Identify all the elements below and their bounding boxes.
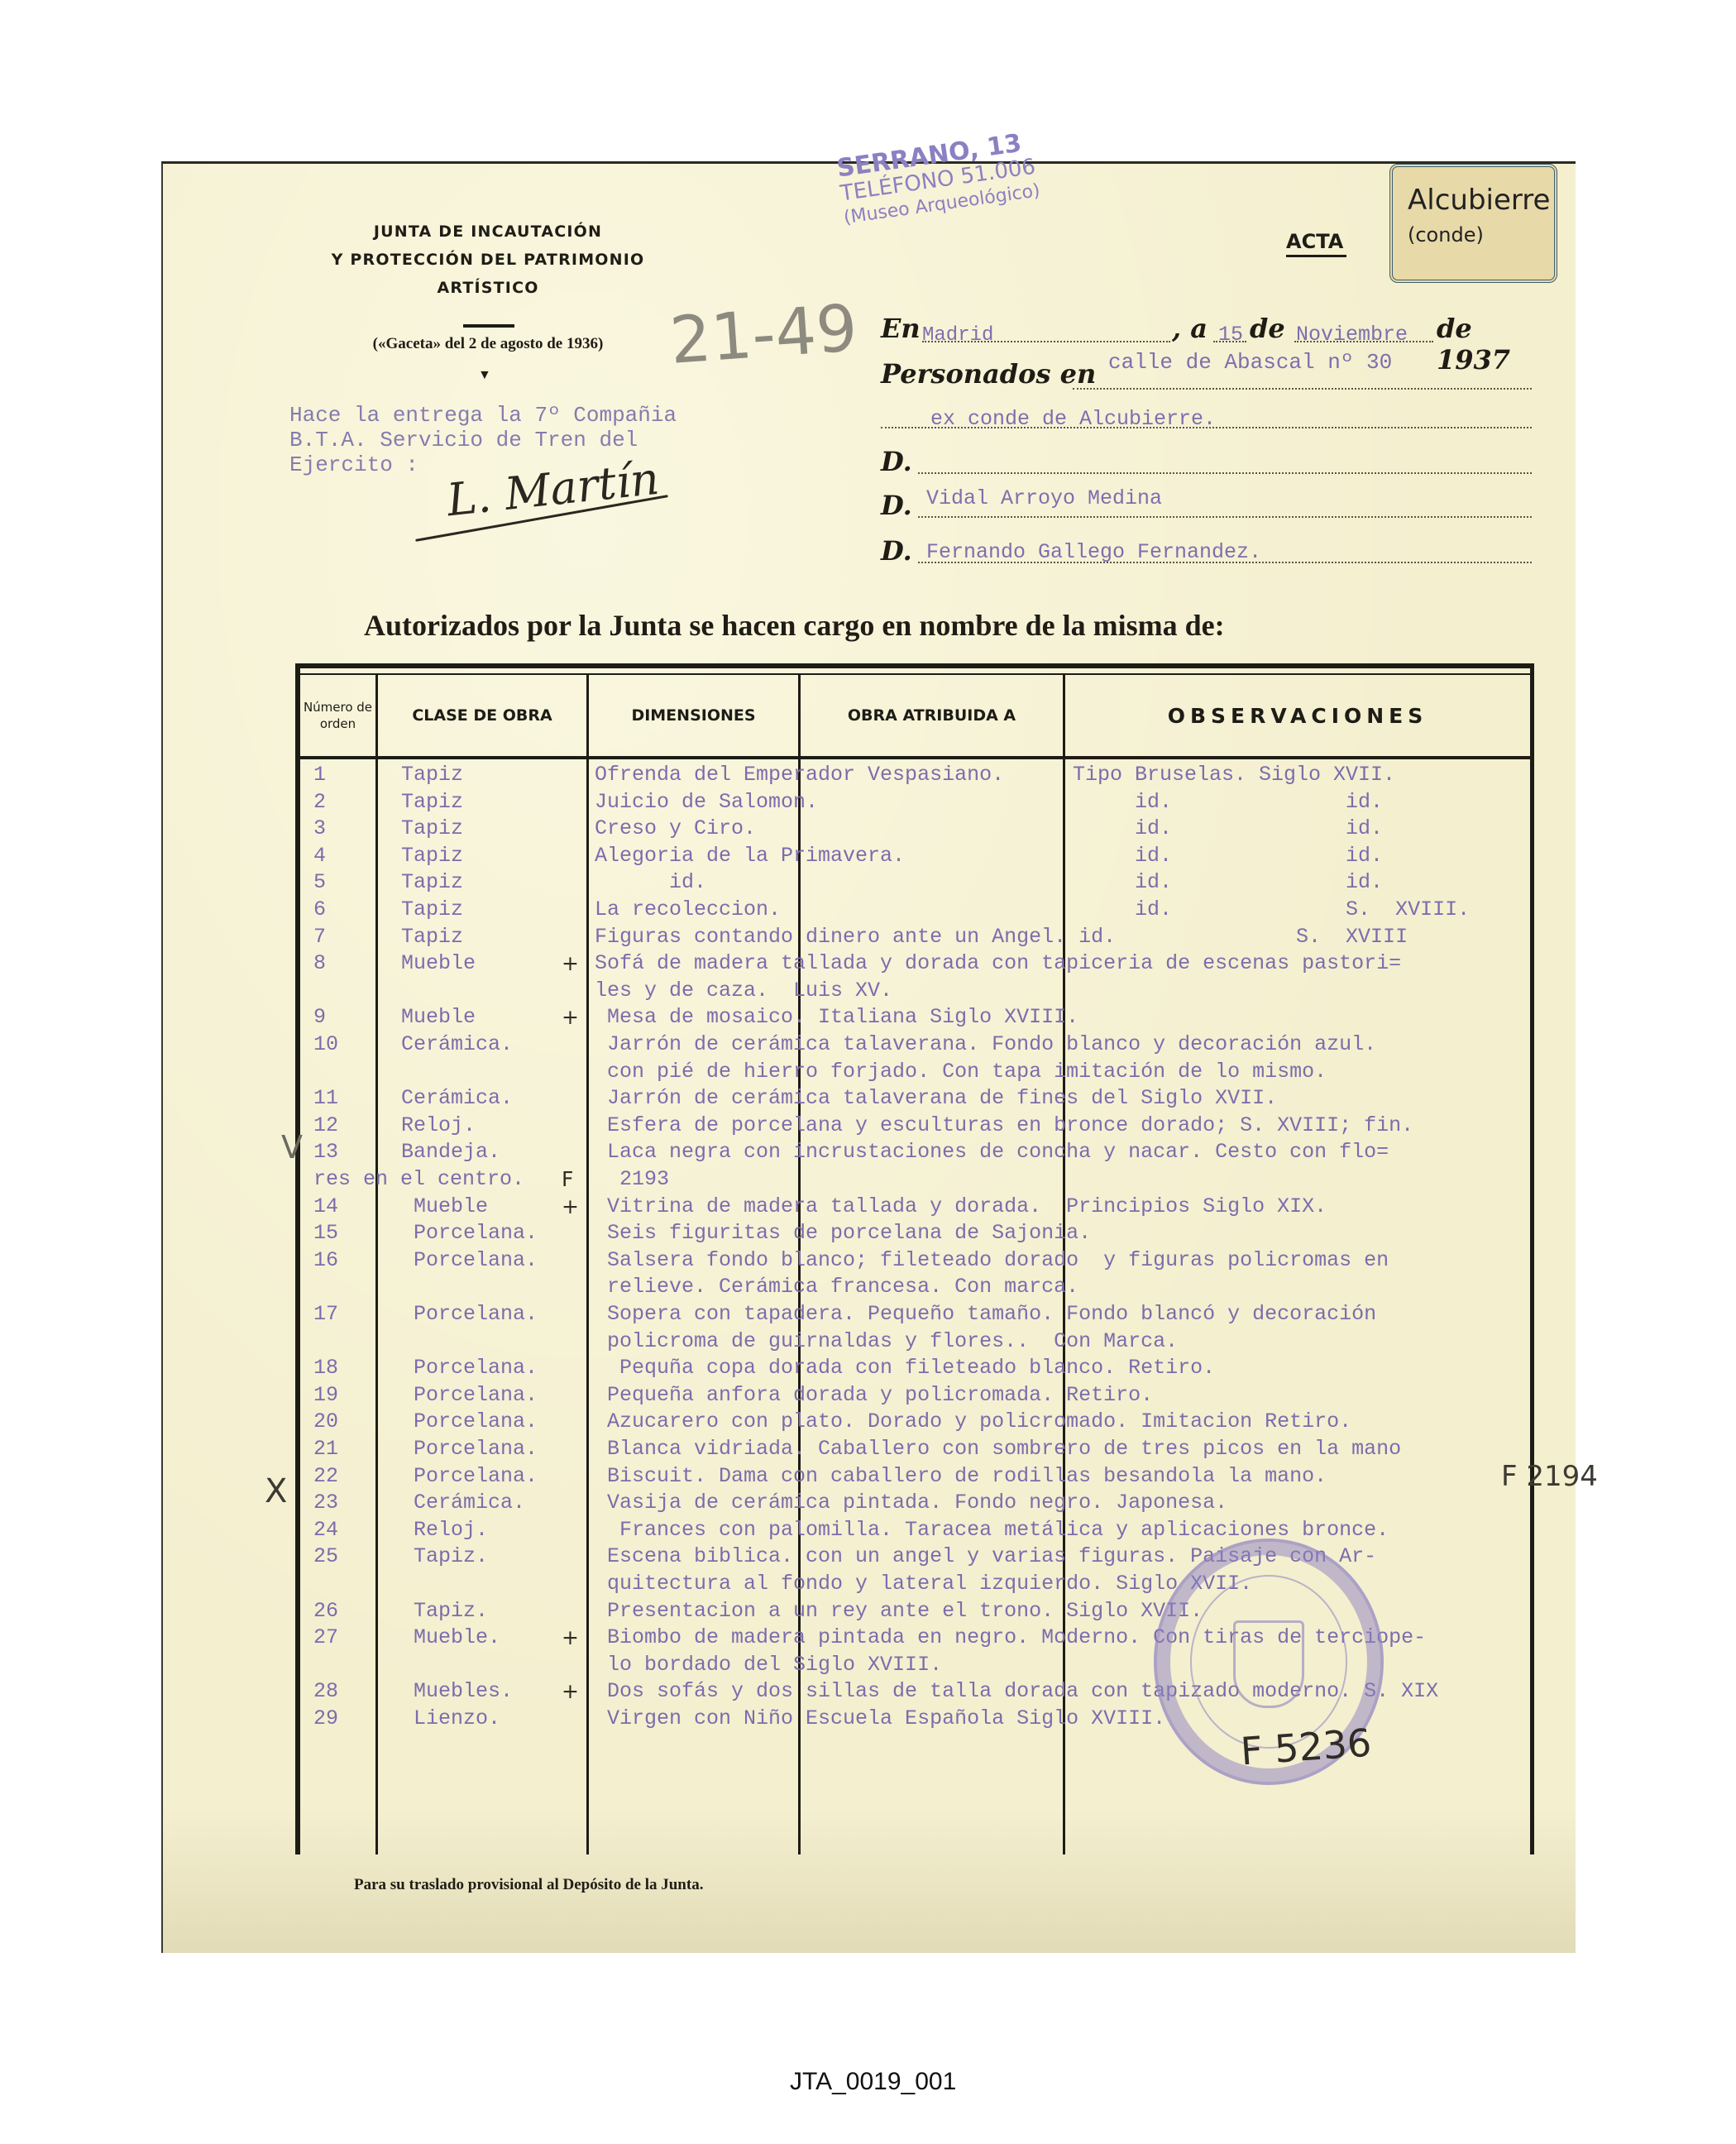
cell-number: 2: [313, 790, 326, 814]
cell-clase: Porcelana.: [401, 1409, 538, 1433]
cell-clase: Tapiz: [401, 790, 463, 814]
header-numero: Número de orden: [300, 675, 375, 756]
cell-clase: Bandeja.: [401, 1140, 500, 1164]
table-row: 14 Mueble+ Vitrina de madera tallada y d…: [295, 1194, 1534, 1221]
person-3-value: Fernando Gallego Fernandez.: [926, 540, 1261, 564]
acta-label: ACTA: [1286, 230, 1346, 257]
cell-mark: +: [562, 1194, 579, 1218]
cell-observaciones: id. id.: [1073, 844, 1383, 868]
cell-mark: +: [562, 1625, 579, 1649]
table-row: relieve. Cerámica francesa. Con marca.: [295, 1275, 1534, 1301]
d-label: D.: [881, 490, 912, 521]
gazette-reference: («Gaceta» del 2 de agosto de 1936): [323, 335, 653, 353]
cell-number: 13: [313, 1140, 338, 1164]
table-row: les y de caza. Luis XV.: [295, 979, 1534, 1005]
address-value: calle de Abascal nº 30: [1108, 350, 1392, 375]
cell-description: La recoleccion.: [595, 897, 781, 921]
table-row: 22 Porcelana. Biscuit. Dama con caballer…: [295, 1464, 1534, 1491]
cell-number: 4: [313, 844, 326, 868]
table-row: 4TapizAlegoria de la Primavera. id. id.: [295, 844, 1534, 870]
cell-description: Salsera fondo blanco; fileteado dorado y…: [595, 1248, 1389, 1272]
table-row: 24 Reloj. Frances con palomilla. Taracea…: [295, 1518, 1534, 1544]
cell-description: id.: [595, 870, 706, 894]
cell-clase: Porcelana.: [401, 1248, 538, 1272]
header-rule: [300, 756, 1530, 759]
cell-observaciones: id. id.: [1073, 790, 1383, 814]
cell-clase: Tapiz: [401, 897, 463, 921]
seal-handwritten-note: F 5236: [1239, 1720, 1373, 1774]
cell-description: les y de caza. Luis XV.: [595, 979, 892, 1003]
a-label: , a: [1172, 313, 1208, 344]
person-line-3: D. Fernando Gallego Fernandez.: [881, 532, 1534, 565]
person-line-2: D. Vidal Arroyo Medina: [881, 486, 1534, 519]
table-row: 9Mueble+ Mesa de mosaico. Italiana Siglo…: [295, 1005, 1534, 1031]
table-row: 7TapizFiguras contando dinero ante un An…: [295, 925, 1534, 951]
cell-number: 22: [313, 1464, 338, 1488]
table-row: 21 Porcelana. Blanca vidriada. Caballero…: [295, 1437, 1534, 1463]
cell-clase: Reloj.: [401, 1518, 488, 1542]
cell-clase: Tapiz: [401, 870, 463, 894]
owner-label-tag: Alcubierre (conde): [1389, 164, 1557, 283]
cell-description: lo bordado del Siglo XVIII.: [595, 1653, 942, 1677]
org-letterhead: JUNTA DE INCAUTACIÓN Y PROTECCIÓN DEL PA…: [273, 218, 703, 302]
cell-description: Vitrina de madera tallada y dorada. Prin…: [595, 1194, 1327, 1218]
cell-number: 20: [313, 1409, 338, 1433]
cell-description: Biscuit. Dama con caballero de rodillas …: [595, 1464, 1327, 1488]
cell-clase: Reloj.: [401, 1113, 476, 1137]
cell-description: Alegoria de la Primavera.: [595, 844, 905, 868]
coat-of-arms-icon: [1233, 1620, 1304, 1708]
cell-number: 28: [313, 1679, 338, 1703]
table-row: 23 Cerámica. Vasija de cerámica pintada.…: [295, 1491, 1534, 1517]
person-line-1: D.: [881, 443, 1534, 476]
cell-clase: Mueble.: [401, 1625, 500, 1649]
cell-clase: Tapiz.: [401, 1599, 488, 1623]
table-row: 13Bandeja. Laca negra con incrustaciones…: [295, 1140, 1534, 1166]
address-line: Personados en calle de Abascal nº 30: [881, 350, 1534, 391]
cell-description: Juicio de Salomon.: [595, 790, 818, 814]
cell-number: 24: [313, 1518, 338, 1542]
cell-number: 6: [313, 897, 326, 921]
cell-observaciones: id. S. XVIII.: [1073, 897, 1470, 921]
cell-description: quitectura al fondo y lateral izquierdo.…: [595, 1572, 1252, 1596]
ornament-icon: ▼: [478, 368, 491, 383]
cell-observaciones: id. id.: [1073, 816, 1383, 840]
de-label: de: [1250, 313, 1285, 344]
cell-description: Vasija de cerámica pintada. Fondo negro.…: [595, 1491, 1227, 1515]
cell-description: Ofrenda del Emperador Vespasiano.: [595, 763, 1004, 787]
cell-clase: Porcelana.: [401, 1221, 538, 1245]
cell-mark: +: [562, 951, 579, 975]
cell-number: 3: [313, 816, 326, 840]
cell-number: 15: [313, 1221, 338, 1245]
org-line-2: Y PROTECCIÓN DEL PATRIMONIO: [273, 246, 703, 274]
header-clase: CLASE DE OBRA: [378, 675, 586, 756]
date-line: En Madrid , a 15 de Noviembre de 1937: [881, 313, 1534, 346]
cell-number: 10: [313, 1032, 338, 1056]
table-row: 1TapizOfrenda del Emperador Vespasiano.T…: [295, 763, 1534, 789]
table-row: 17 Porcelana. Sopera con tapadera. Peque…: [295, 1302, 1534, 1328]
cell-number: 8: [313, 951, 326, 975]
cell-clase: Cerámica.: [401, 1491, 525, 1515]
table-row: 18 Porcelana. Pequña copa dorada con fil…: [295, 1356, 1534, 1382]
cell-number: 5: [313, 870, 326, 894]
table-row: 12Reloj. Esfera de porcelana y escultura…: [295, 1113, 1534, 1140]
person-2-value: Vidal Arroyo Medina: [926, 486, 1162, 510]
cell-clase: Porcelana.: [401, 1437, 538, 1461]
cell-description: Presentacion a un rey ante el trono. Sig…: [595, 1599, 1203, 1623]
cell-clase: Porcelana.: [401, 1302, 538, 1326]
org-line-3: ARTÍSTICO: [273, 274, 703, 302]
table-row: 11Cerámica. Jarrón de cerámica talaveran…: [295, 1086, 1534, 1113]
cell-number: 25: [313, 1544, 338, 1568]
en-label: En: [881, 313, 921, 344]
cell-clase: Porcelana.: [401, 1383, 538, 1407]
margin-v-mark: V: [281, 1129, 303, 1165]
table-row: 19 Porcelana. Pequeña anfora dorada y po…: [295, 1383, 1534, 1409]
cell-description: Pequña copa dorada con fileteado blanco.…: [595, 1356, 1215, 1380]
cell-observaciones: S. XVIII: [1073, 925, 1408, 949]
place-value: Madrid: [922, 324, 993, 347]
address-field-line: [1073, 388, 1532, 390]
cell-clase: Mueble: [401, 1005, 476, 1029]
cell-number: 14: [313, 1194, 338, 1218]
cell-description: Virgen con Niño Escuela Española Siglo X…: [595, 1706, 1165, 1730]
table-row: 20 Porcelana. Azucarero con plato. Dorad…: [295, 1409, 1534, 1436]
cell-number: 18: [313, 1356, 338, 1380]
cell-clase: Lienzo.: [401, 1706, 500, 1730]
cell-description: Creso y Ciro.: [595, 816, 756, 840]
org-line-1: JUNTA DE INCAUTACIÓN: [273, 218, 703, 246]
table-row: 2TapizJuicio de Salomon. id. id.: [295, 790, 1534, 816]
table-row: res en el centro.F 2193: [295, 1167, 1534, 1194]
table-row: 8Mueble+Sofá de madera tallada y dorada …: [295, 951, 1534, 978]
cell-clase: Muebles.: [401, 1679, 513, 1703]
cell-clase: Cerámica.: [401, 1032, 513, 1056]
cell-description: Azucarero con plato. Dorado y policromad…: [595, 1409, 1351, 1433]
cell-clase: Cerámica.: [401, 1086, 513, 1110]
cell-clase: Porcelana.: [401, 1356, 538, 1380]
cell-clase: Tapiz.: [401, 1544, 488, 1568]
header-observaciones: OBSERVACIONES: [1065, 675, 1530, 756]
header-atribuida: OBRA ATRIBUIDA A: [801, 675, 1063, 756]
cell-mark: +: [562, 1005, 579, 1029]
table-row: 5Tapiz id. id. id.: [295, 870, 1534, 897]
tag-subtitle: (conde): [1408, 223, 1484, 246]
table-row: 6TapizLa recoleccion. id. S. XVIII.: [295, 897, 1534, 924]
cell-number: 23: [313, 1491, 338, 1515]
authorized-heading: Autorizados por la Junta se hacen cargo …: [364, 608, 1538, 643]
margin-x-mark: X: [265, 1472, 287, 1510]
header-dimensiones: DIMENSIONES: [589, 675, 798, 756]
cell-clase: Mueble: [401, 1194, 488, 1218]
table-row: con pié de hierro forjado. Con tapa imit…: [295, 1060, 1534, 1086]
cell-number: 27: [313, 1625, 338, 1649]
cell-number: 29: [313, 1706, 338, 1730]
cell-observaciones: Tipo Bruselas. Siglo XVII.: [1073, 763, 1395, 787]
month-value: Noviembre: [1296, 323, 1408, 347]
archive-id: JTA_0019_001: [790, 2068, 956, 2096]
address-cont-line: ex conde de Alcubierre.: [881, 407, 1534, 432]
row22-handwritten-note: F 2194: [1501, 1460, 1598, 1493]
cell-observaciones: id. id.: [1073, 870, 1383, 894]
cell-description: 2193: [595, 1167, 669, 1191]
cell-number: 16: [313, 1248, 338, 1272]
cell-number: 9: [313, 1005, 326, 1029]
cell-clase: Tapiz: [401, 816, 463, 840]
cell-description: Pequeña anfora dorada y policromada. Ret…: [595, 1383, 1153, 1407]
cell-description: Mesa de mosaico. Italiana Siglo XVIII.: [595, 1005, 1078, 1029]
cell-description: con pié de hierro forjado. Con tapa imit…: [595, 1060, 1327, 1084]
cell-clase: Tapiz: [401, 925, 463, 949]
cell-description: Jarrón de cerámica talaverana de fines d…: [595, 1086, 1277, 1110]
day-value: 15: [1218, 323, 1243, 347]
cell-description: Laca negra con incrustaciones de concha …: [595, 1140, 1389, 1164]
cell-description: Figuras contando dinero ante un Angel. i…: [595, 925, 1116, 949]
table-row: 16 Porcelana. Salsera fondo blanco; file…: [295, 1248, 1534, 1275]
cell-description: policroma de guirnaldas y flores.. Con M…: [595, 1329, 1178, 1353]
cell-number: 7: [313, 925, 326, 949]
cell-number: 21: [313, 1437, 338, 1461]
cell-number: 19: [313, 1383, 338, 1407]
d-label: D.: [881, 535, 912, 567]
cell-number: 12: [313, 1113, 338, 1137]
cell-description: Sopera con tapadera. Pequeño tamaño. Fon…: [595, 1302, 1376, 1326]
table-row: 10Cerámica. Jarrón de cerámica talaveran…: [295, 1032, 1534, 1059]
footer-note: Para su traslado provisional al Depósito…: [354, 1876, 703, 1894]
cell-mark: F: [562, 1167, 573, 1191]
person-1-field-line: [918, 472, 1532, 474]
cell-number: 26: [313, 1599, 338, 1623]
table-row: 25 Tapiz. Escena biblica. con un angel y…: [295, 1544, 1534, 1571]
cell-description: relieve. Cerámica francesa. Con marca.: [595, 1275, 1078, 1299]
cell-number: 11: [313, 1086, 338, 1110]
tag-name: Alcubierre: [1408, 184, 1550, 217]
cell-description: Jarrón de cerámica talaverana. Fondo bla…: [595, 1032, 1376, 1056]
cell-description: Blanca vidriada. Caballero con sombrero …: [595, 1437, 1401, 1461]
table-row: 3TapizCreso y Ciro. id. id.: [295, 816, 1534, 843]
cell-description: Sofá de madera tallada y dorada con tapi…: [595, 951, 1401, 975]
personados-label: Personados en: [881, 358, 1096, 390]
cell-clase: Tapiz: [401, 844, 463, 868]
address-cont-value: ex conde de Alcubierre.: [930, 407, 1216, 431]
cell-clase: Porcelana.: [401, 1464, 538, 1488]
d-label: D.: [881, 446, 912, 477]
delivery-line-2: B.T.A. Servicio de Tren del: [289, 428, 677, 452]
cell-number: 17: [313, 1302, 338, 1326]
cell-mark: +: [562, 1679, 579, 1703]
cell-number: res en el centro.: [313, 1167, 524, 1191]
handwritten-reference: 21-49: [667, 291, 859, 379]
delivery-line-1: Hace la entrega la 7º Compañia: [289, 403, 677, 428]
cell-clase: Mueble: [401, 951, 476, 975]
cell-number: 1: [313, 763, 326, 787]
cell-description: Seis figuritas de porcelana de Sajonia.: [595, 1221, 1091, 1245]
table-row: policroma de guirnaldas y flores.. Con M…: [295, 1329, 1534, 1356]
person-2-field-line: [918, 516, 1532, 518]
table-row: 15 Porcelana. Seis figuritas de porcelan…: [295, 1221, 1534, 1247]
cell-clase: Tapiz: [401, 763, 463, 787]
divider: [463, 324, 514, 328]
cell-description: Esfera de porcelana y esculturas en bron…: [595, 1113, 1413, 1137]
